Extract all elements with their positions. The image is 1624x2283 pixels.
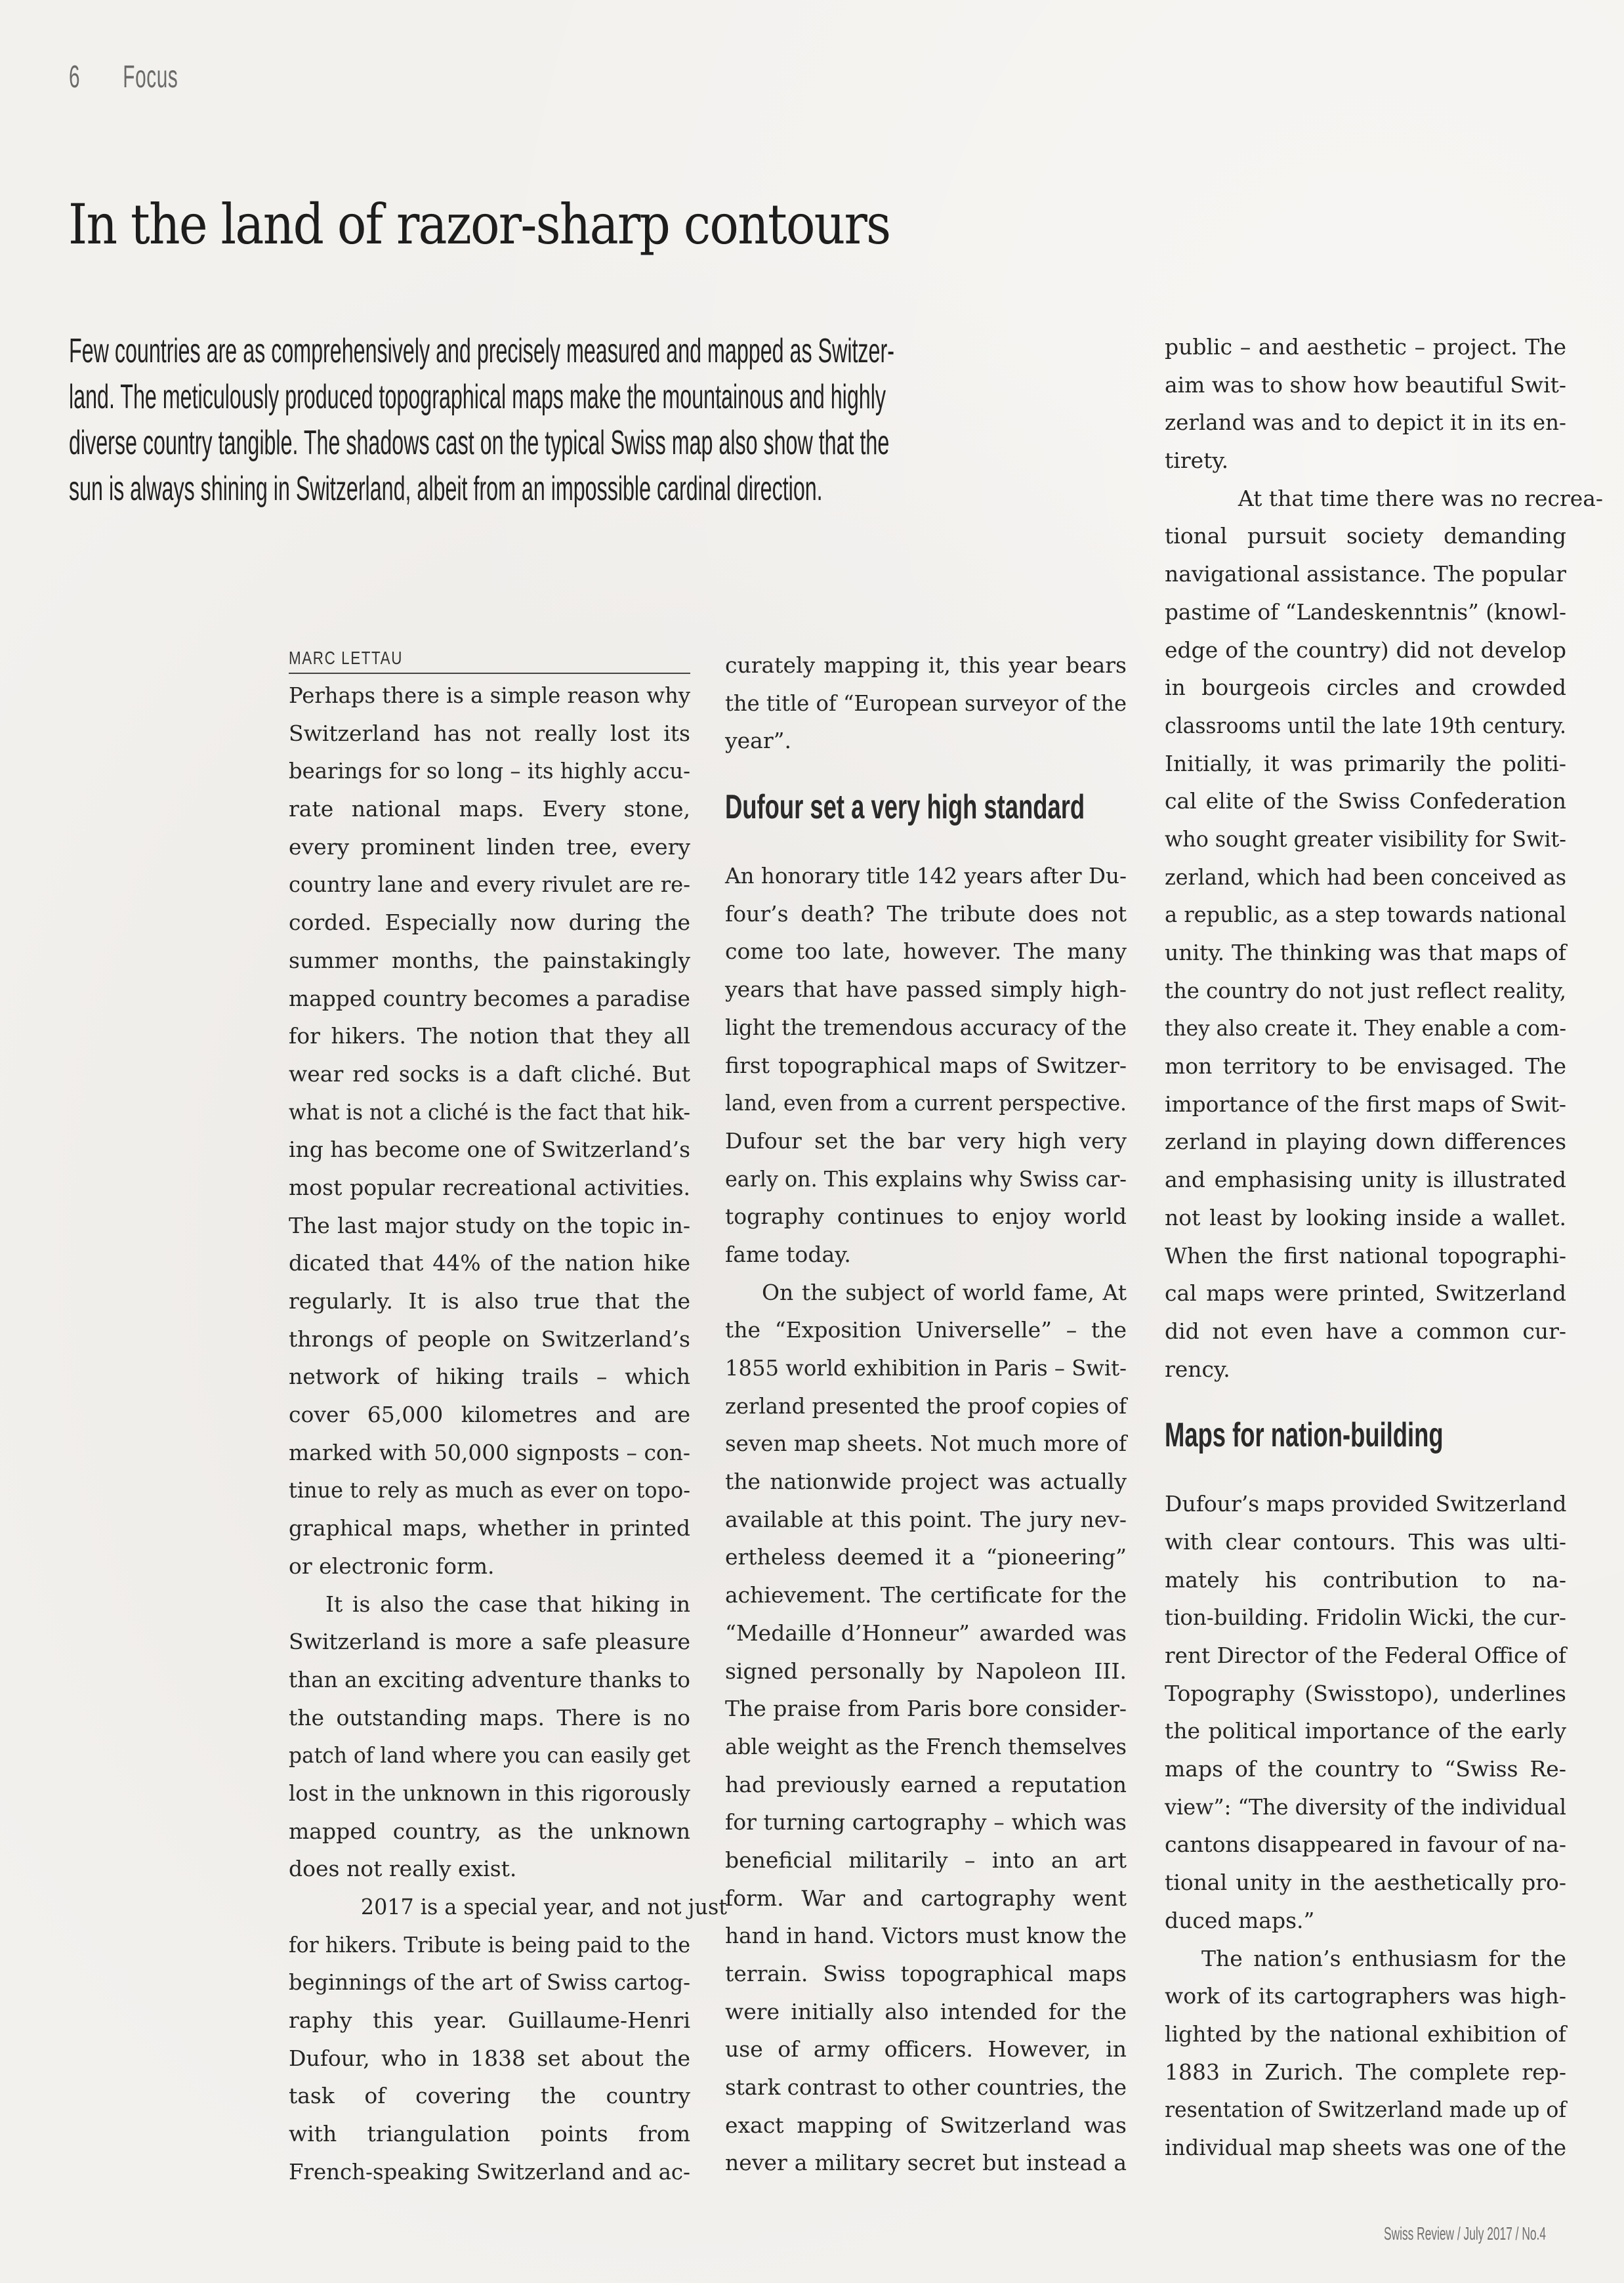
text-line: light the tremendous accuracy of the xyxy=(725,1009,1127,1047)
text-line: cal elite of the Swiss Confederation xyxy=(1165,782,1566,820)
body-paragraph: The nation’s enthusiasm for thework of i… xyxy=(1165,1940,1566,2167)
text-line: cantons disappeared in favour of na- xyxy=(1165,1826,1566,1864)
text-line: lost in the unknown in this rigorously xyxy=(289,1774,690,1812)
text-line: Dufour set the bar very high very xyxy=(725,1122,1127,1160)
text-line: “Medaille d’Honneur” awarded was xyxy=(725,1614,1127,1652)
body-paragraph: curately mapping it, this year bearsthe … xyxy=(725,646,1127,760)
body-paragraph: Perhaps there is a simple reason whySwit… xyxy=(289,677,690,1585)
text-line: unity. The thinking was that maps of xyxy=(1165,934,1566,972)
text-line: dicated that 44% of the nation hike xyxy=(289,1244,690,1282)
text-line: graphical maps, whether in printed xyxy=(289,1509,690,1547)
text-line: summer months, the painstakingly xyxy=(289,942,690,980)
text-line: the outstanding maps. There is no xyxy=(289,1699,690,1737)
text-line: years that have passed simply high- xyxy=(725,971,1127,1009)
byline: MARC LETTAU xyxy=(289,646,690,674)
text-line: than an exciting adventure thanks to xyxy=(289,1661,690,1699)
text-line: public – and aesthetic – project. The xyxy=(1165,328,1566,366)
text-line: year”. xyxy=(725,722,1127,760)
text-line: hand in hand. Victors must know the xyxy=(725,1917,1127,1955)
page-footer: Swiss Review / July 2017 / No.4 xyxy=(1384,2223,1546,2244)
text-line: the title of “European surveyor of the xyxy=(725,684,1127,723)
text-line: 2017 is a special year, and not just xyxy=(289,1888,690,1926)
text-line: the nationwide project was actually xyxy=(725,1463,1127,1501)
text-line: tography continues to enjoy world xyxy=(725,1198,1127,1236)
text-line: rency. xyxy=(1165,1351,1566,1389)
text-line: rent Director of the Federal Office of xyxy=(1165,1637,1566,1675)
body-paragraph: An honorary title 142 years after Du-fou… xyxy=(725,857,1127,1274)
text-line: cover 65,000 kilometres and are xyxy=(289,1396,690,1434)
section-subheading: Maps for nation-building xyxy=(1165,1415,1566,1455)
text-line: Initially, it was primarily the politi- xyxy=(1165,745,1566,783)
text-line: Dufour’s maps provided Switzerland xyxy=(1165,1485,1566,1523)
text-line: tinue to rely as much as ever on topo- xyxy=(289,1471,690,1509)
text-line: use of army officers. However, in xyxy=(725,2030,1127,2068)
text-line: The praise from Paris bore consider- xyxy=(725,1690,1127,1728)
text-line: edge of the country) did not develop xyxy=(1165,631,1566,669)
article-column-2: curately mapping it, this year bearsthe … xyxy=(725,646,1127,2182)
text-line: resentation of Switzerland made up of xyxy=(1165,2091,1566,2129)
text-line: Perhaps there is a simple reason why xyxy=(289,677,690,715)
text-line: for hikers. Tribute is being paid to the xyxy=(289,1926,690,1964)
article-column-3: public – and aesthetic – project. Theaim… xyxy=(1165,328,1566,2167)
text-line: every prominent linden tree, every xyxy=(289,828,690,866)
text-line: duced maps.” xyxy=(1165,1902,1566,1940)
text-line: ing has become one of Switzerland’s xyxy=(289,1131,690,1169)
text-line: never a military secret but instead a xyxy=(725,2144,1127,2182)
text-line: Dufour, who in 1838 set about the xyxy=(289,2040,690,2078)
text-line: Switzerland is more a safe pleasure xyxy=(289,1623,690,1661)
page-header: 6Focus xyxy=(69,59,178,95)
text-line: seven map sheets. Not much more of xyxy=(725,1425,1127,1463)
text-line: task of covering the country xyxy=(289,2077,690,2115)
text-line: network of hiking trails – which xyxy=(289,1358,690,1396)
text-line: ertheless deemed it a “pioneering” xyxy=(725,1538,1127,1576)
text-line: four’s death? The tribute does not xyxy=(725,895,1127,933)
text-line: importance of the first maps of Swit- xyxy=(1165,1085,1566,1123)
text-line: form. War and cartography went xyxy=(725,1879,1127,1917)
text-line: mapped country, as the unknown xyxy=(289,1812,690,1851)
text-line: French-speaking Switzerland and ac- xyxy=(289,2153,690,2191)
text-line: patch of land where you can easily get xyxy=(289,1736,690,1774)
text-line: did not even have a common cur- xyxy=(1165,1312,1566,1351)
article-column-1: MARC LETTAU Perhaps there is a simple re… xyxy=(289,646,690,2191)
text-line: with triangulation points from xyxy=(289,2115,690,2153)
text-line: most popular recreational activities. xyxy=(289,1169,690,1207)
section-subheading: Dufour set a very high standard xyxy=(725,787,1127,827)
text-line: the “Exposition Universelle” – the xyxy=(725,1311,1127,1349)
text-line: wear red socks is a daft cliché. But xyxy=(289,1055,690,1093)
text-line: navigational assistance. The popular xyxy=(1165,555,1566,593)
page-number: 6 xyxy=(69,60,80,94)
article-lede: Few countries are as comprehensively and… xyxy=(69,328,1110,512)
text-line: stark contrast to other countries, the xyxy=(725,2068,1127,2106)
text-line: with clear contours. This was ulti- xyxy=(1165,1523,1566,1561)
text-line: mon territory to be envisaged. The xyxy=(1165,1047,1566,1085)
text-line: When the first national topographi- xyxy=(1165,1237,1566,1275)
text-line: or electronic form. xyxy=(289,1547,690,1585)
text-line: maps of the country to “Swiss Re- xyxy=(1165,1750,1566,1788)
text-line: not least by looking inside a wallet. xyxy=(1165,1199,1566,1237)
text-line: On the subject of world fame, At xyxy=(725,1274,1127,1312)
text-line: rate national maps. Every stone, xyxy=(289,790,690,828)
text-line: fame today. xyxy=(725,1236,1127,1274)
text-line: were initially also intended for the xyxy=(725,1993,1127,2031)
text-line: 1883 in Zurich. The complete rep- xyxy=(1165,2053,1566,2091)
text-line: classrooms until the late 19th century. xyxy=(1165,707,1566,745)
text-line: tion-building. Fridolin Wicki, the cur- xyxy=(1165,1599,1566,1637)
text-line: beginnings of the art of Swiss cartog- xyxy=(289,1963,690,2001)
text-line: exact mapping of Switzerland was xyxy=(725,2106,1127,2145)
body-paragraph: Dufour’s maps provided Switzerlandwith c… xyxy=(1165,1485,1566,1939)
body-paragraph: public – and aesthetic – project. Theaim… xyxy=(1165,328,1566,480)
text-line: corded. Especially now during the xyxy=(289,904,690,942)
text-line: pastime of “Landeskenntnis” (knowl- xyxy=(1165,593,1566,631)
text-line: tional unity in the aesthetically pro- xyxy=(1165,1864,1566,1902)
text-line: come too late, however. The many xyxy=(725,932,1127,971)
text-line: mately his contribution to na- xyxy=(1165,1561,1566,1599)
text-line: throngs of people on Switzerland’s xyxy=(289,1320,690,1358)
lede-line: Few countries are as comprehensively and… xyxy=(69,328,1110,374)
body-paragraph: It is also the case that hiking inSwitze… xyxy=(289,1585,690,1889)
text-line: country lane and every rivulet are re- xyxy=(289,866,690,904)
text-line: The last major study on the topic in- xyxy=(289,1207,690,1245)
text-line: does not really exist. xyxy=(289,1850,690,1888)
text-line: aim was to show how beautiful Swit- xyxy=(1165,366,1566,404)
text-line: they also create it. They enable a com- xyxy=(1165,1009,1566,1047)
text-line: Topography (Swisstopo), underlines xyxy=(1165,1675,1566,1713)
text-line: early on. This explains why Swiss car- xyxy=(725,1160,1127,1198)
body-paragraph: 2017 is a special year, and not justfor … xyxy=(289,1888,690,2191)
text-line: achievement. The certificate for the xyxy=(725,1576,1127,1614)
text-line: the country do not just reflect reality, xyxy=(1165,972,1566,1010)
text-line: cal maps were printed, Switzerland xyxy=(1165,1274,1566,1312)
text-line: able weight as the French themselves xyxy=(725,1728,1127,1766)
text-line: in bourgeois circles and crowded xyxy=(1165,669,1566,707)
body-paragraph: On the subject of world fame, Atthe “Exp… xyxy=(725,1274,1127,2183)
text-line: regularly. It is also true that the xyxy=(289,1282,690,1320)
text-line: for hikers. The notion that they all xyxy=(289,1017,690,1055)
article-title: In the land of razor-sharp contours xyxy=(68,192,890,257)
text-line: tirety. xyxy=(1165,442,1566,480)
text-line: tional pursuit society demanding xyxy=(1165,517,1566,555)
lede-line: land. The meticulously produced topograp… xyxy=(69,374,1110,420)
text-line: raphy this year. Guillaume-Henri xyxy=(289,2001,690,2040)
text-line: zerland, which had been conceived as xyxy=(1165,858,1566,896)
lede-line: sun is always shining in Switzerland, al… xyxy=(69,466,1110,512)
text-line: curately mapping it, this year bears xyxy=(725,646,1127,684)
text-line: 1855 world exhibition in Paris – Swit- xyxy=(725,1349,1127,1387)
text-line: mapped country becomes a paradise xyxy=(289,980,690,1018)
text-line: first topographical maps of Switzer- xyxy=(725,1047,1127,1085)
text-line: work of its cartographers was high- xyxy=(1165,1977,1566,2015)
text-line: The nation’s enthusiasm for the xyxy=(1165,1940,1566,1978)
author-name: MARC LETTAU xyxy=(289,646,403,670)
text-line: zerland presented the proof copies of xyxy=(725,1387,1127,1425)
text-line: the political importance of the early xyxy=(1165,1712,1566,1750)
text-line: terrain. Swiss topographical maps xyxy=(725,1955,1127,1993)
text-line: zerland was and to depict it in its en- xyxy=(1165,404,1566,442)
text-line: what is not a cliché is the fact that hi… xyxy=(289,1093,690,1131)
text-line: had previously earned a reputation xyxy=(725,1766,1127,1804)
text-line: zerland in playing down differences xyxy=(1165,1123,1566,1161)
lede-line: diverse country tangible. The shadows ca… xyxy=(69,420,1110,466)
text-line: Switzerland has not really lost its xyxy=(289,715,690,753)
subheading-text: Maps for nation-building xyxy=(1165,1415,1444,1455)
body-paragraph: At that time there was no recrea-tional … xyxy=(1165,480,1566,1389)
text-line: It is also the case that hiking in xyxy=(289,1585,690,1623)
text-line: lighted by the national exhibition of xyxy=(1165,2015,1566,2053)
subheading-text: Dufour set a very high standard xyxy=(725,787,1085,827)
text-line: a republic, as a step towards national xyxy=(1165,896,1566,934)
text-line: and emphasising unity is illustrated xyxy=(1165,1161,1566,1199)
text-line: available at this point. The jury nev- xyxy=(725,1501,1127,1539)
text-line: view”: “The diversity of the individual xyxy=(1165,1788,1566,1826)
section-label: Focus xyxy=(123,60,178,94)
text-line: marked with 50,000 signposts – con- xyxy=(289,1434,690,1472)
text-line: At that time there was no recrea- xyxy=(1165,480,1566,518)
text-line: for turning cartography – which was xyxy=(725,1803,1127,1841)
text-line: individual map sheets was one of the xyxy=(1165,2129,1566,2167)
text-line: land, even from a current perspective. xyxy=(725,1084,1127,1122)
text-line: signed personally by Napoleon III. xyxy=(725,1652,1127,1690)
text-line: bearings for so long – its highly accu- xyxy=(289,752,690,790)
text-line: who sought greater visibility for Swit- xyxy=(1165,820,1566,858)
text-line: beneficial militarily – into an art xyxy=(725,1841,1127,1879)
text-line: An honorary title 142 years after Du- xyxy=(725,857,1127,895)
